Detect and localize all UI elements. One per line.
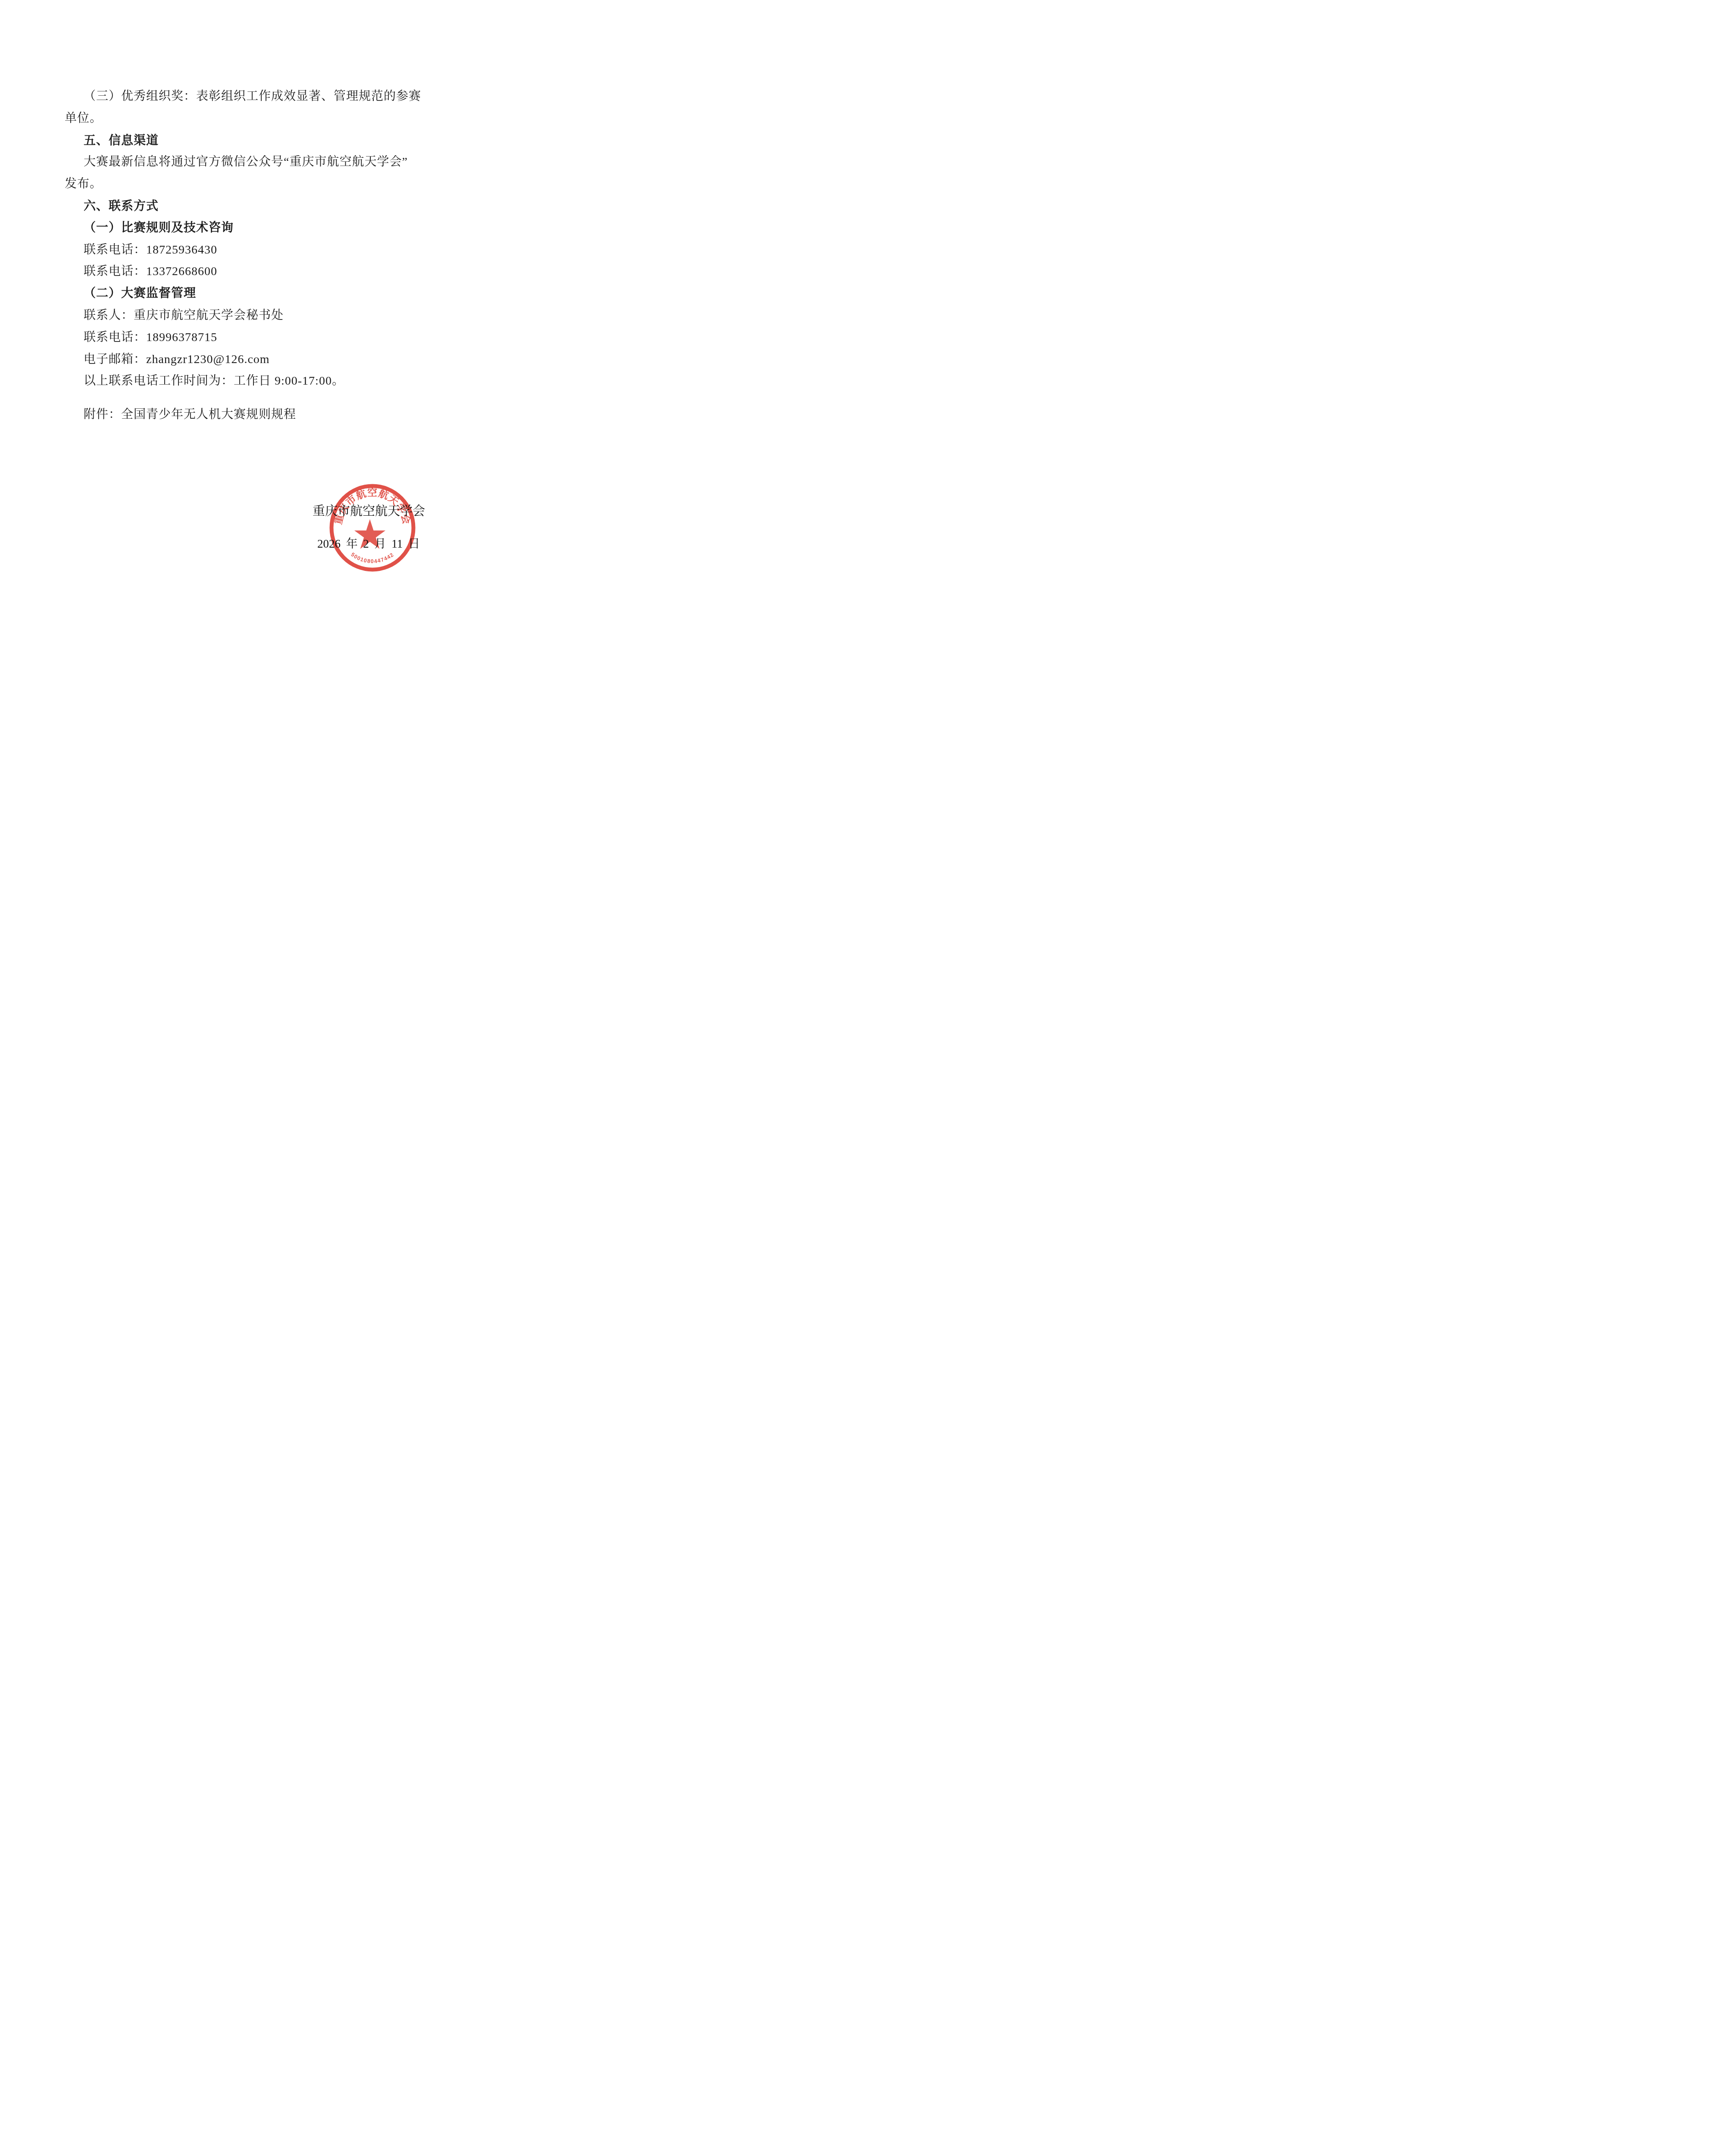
document-page: （三）优秀组织奖：表彰组织工作成效显著、管理规范的参赛 单位。 五、信息渠道 大…	[0, 0, 484, 684]
paragraph-line: 发布。	[65, 173, 425, 195]
seal-number-text: 5001080447442	[350, 552, 395, 564]
signature-date: 2026 年 2 月 11 日	[312, 535, 425, 552]
attachment-line: 附件：全国青少年无人机大赛规则规程	[65, 404, 425, 426]
contact-person-line: 联系人：重庆市航空航天学会秘书处	[65, 305, 425, 327]
subsection-heading-2: （二）大赛监督管理	[65, 283, 425, 305]
section-heading-6: 六、联系方式	[65, 195, 425, 217]
contact-phone-line: 联系电话：18725936430	[65, 239, 425, 261]
subsection-heading-1: （一）比赛规则及技术咨询	[65, 217, 425, 239]
signature-block: 重庆市航空航天学会 2026 年 2 月 11 日	[312, 503, 425, 552]
paragraph-line: 单位。	[65, 108, 425, 130]
working-hours-line: 以上联系电话工作时间为：工作日 9:00-17:00。	[65, 370, 425, 392]
signature-organization: 重庆市航空航天学会	[312, 503, 425, 520]
contact-email-line: 电子邮箱：zhangzr1230@126.com	[65, 349, 425, 371]
document-body: （三）优秀组织奖：表彰组织工作成效显著、管理规范的参赛 单位。 五、信息渠道 大…	[65, 86, 425, 426]
paragraph-line: 大赛最新信息将通过官方微信公众号“重庆市航空航天学会”	[65, 151, 425, 173]
paragraph-line: （三）优秀组织奖：表彰组织工作成效显著、管理规范的参赛	[65, 86, 425, 108]
section-heading-5: 五、信息渠道	[65, 130, 425, 152]
svg-text:5001080447442: 5001080447442	[350, 552, 395, 564]
contact-phone-line: 联系电话：13372668600	[65, 261, 425, 283]
contact-phone-line: 联系电话：18996378715	[65, 327, 425, 349]
